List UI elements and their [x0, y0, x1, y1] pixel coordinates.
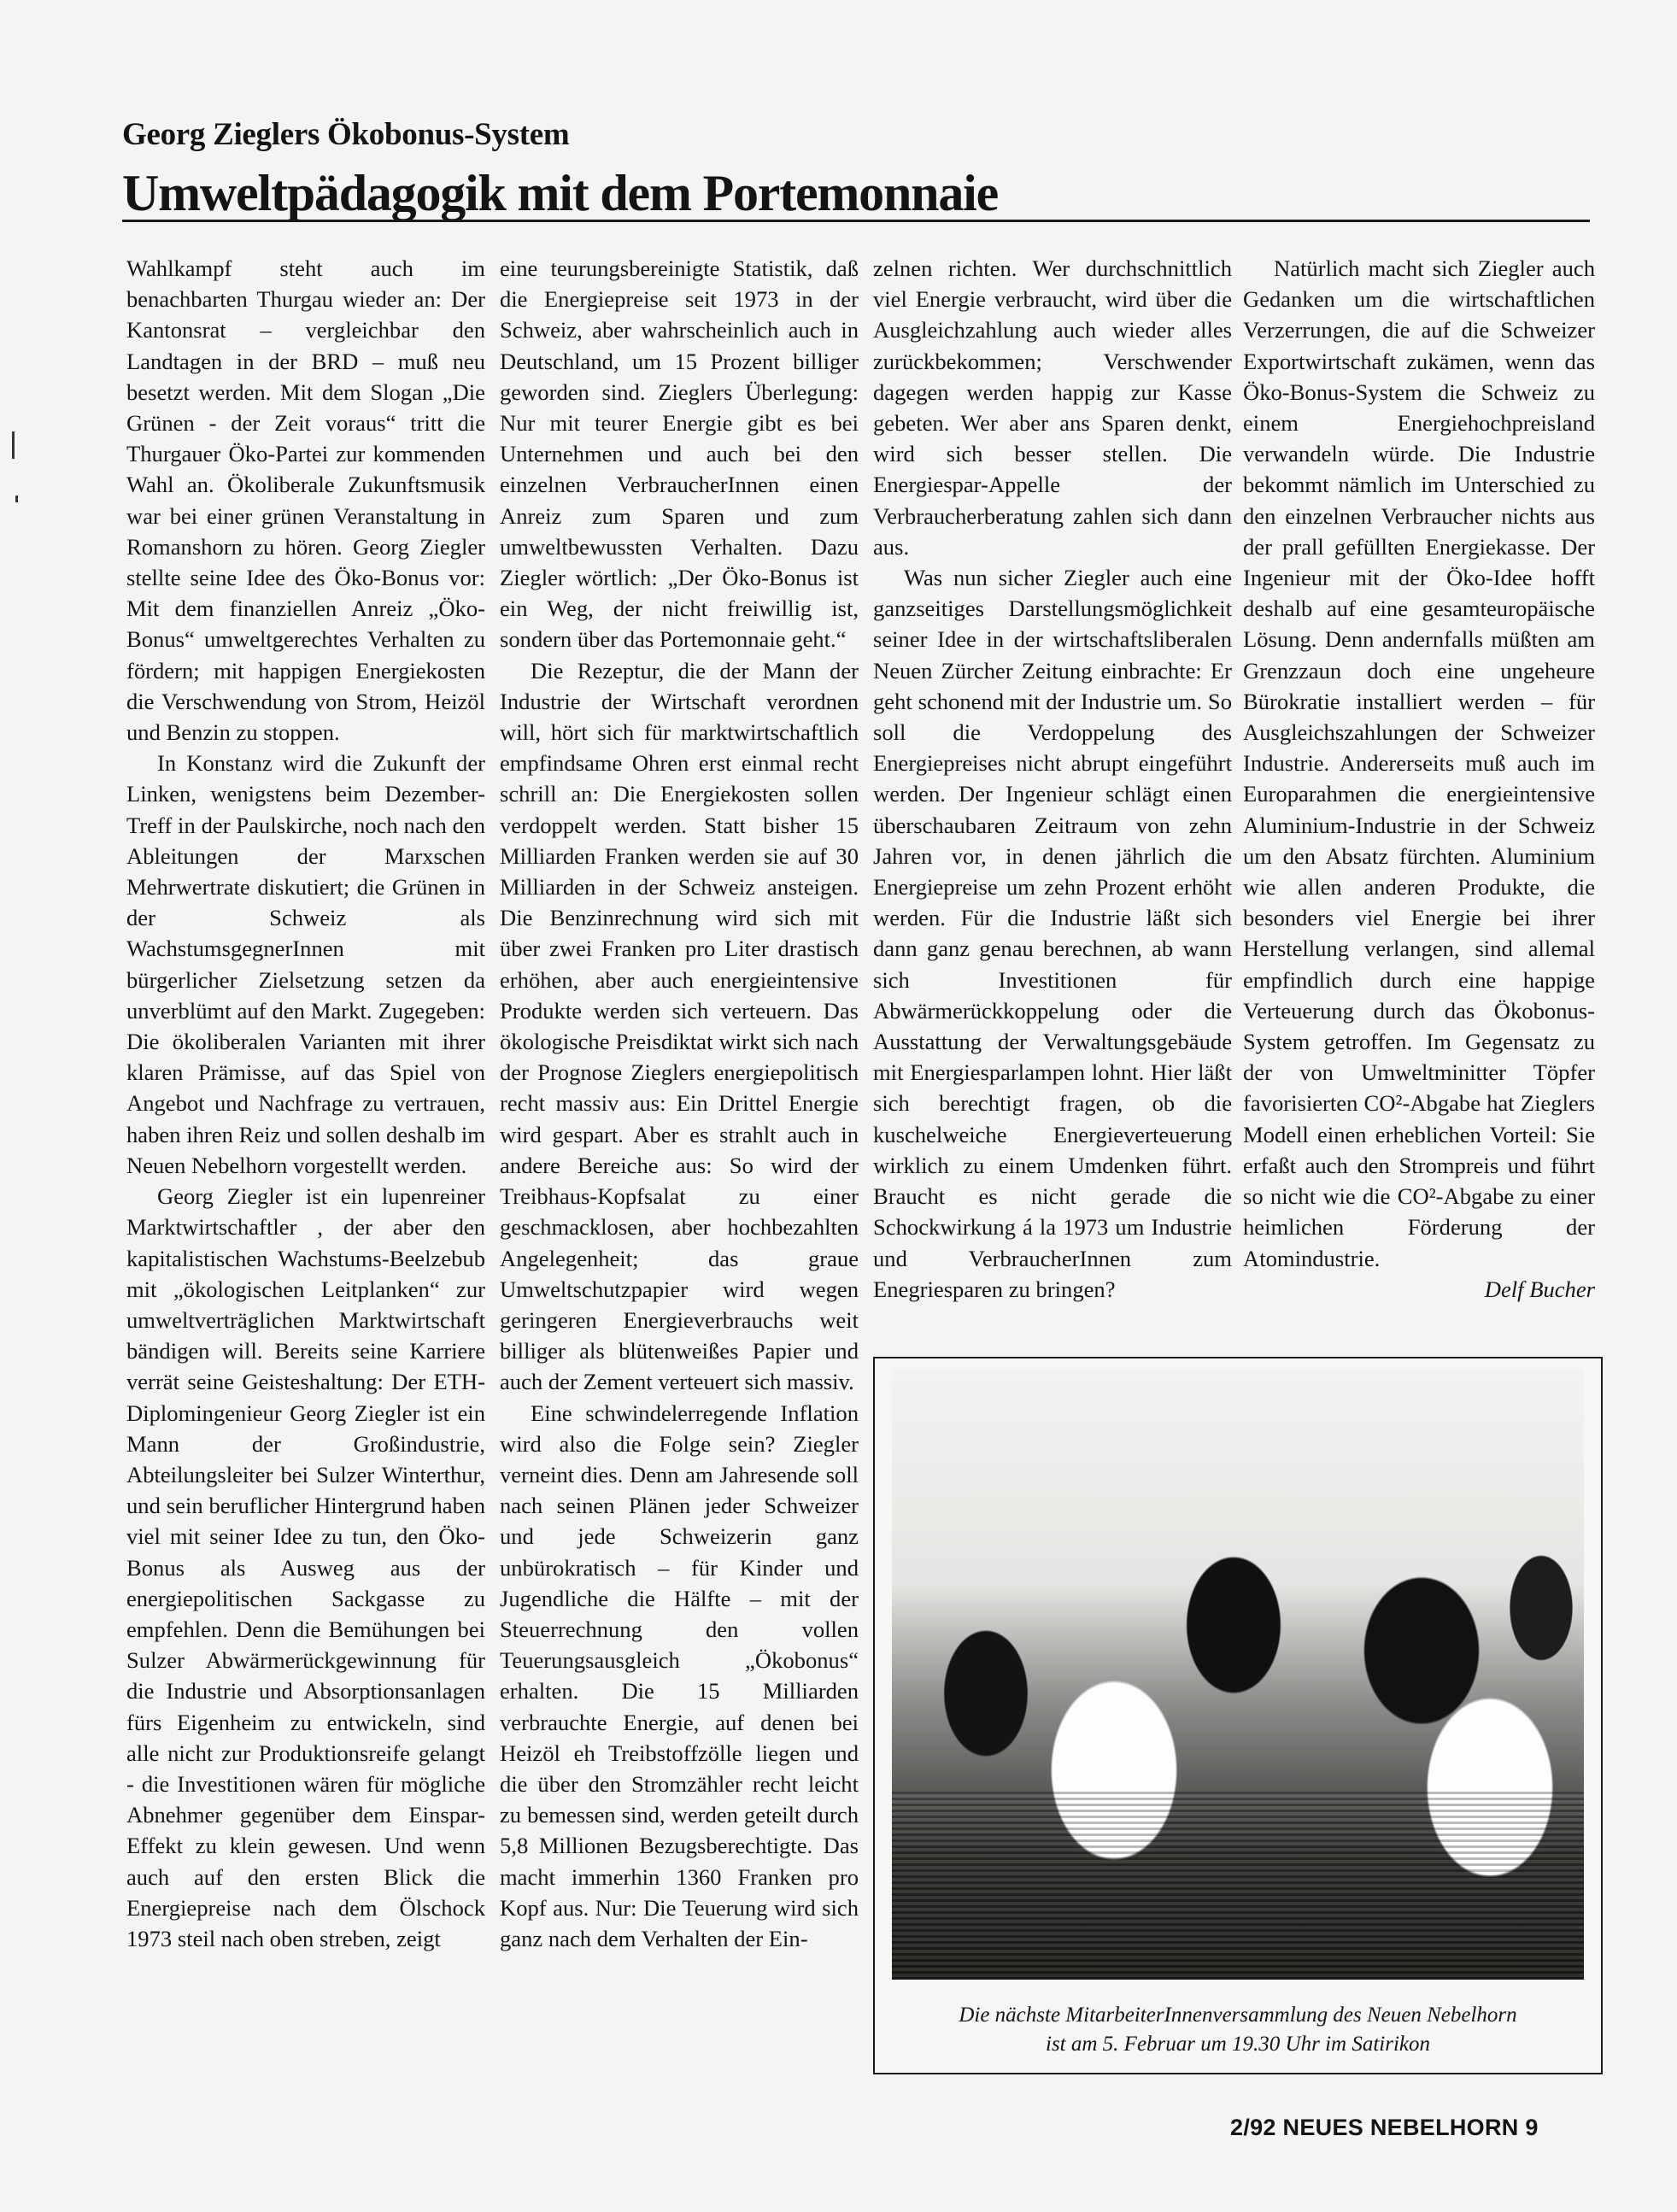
page-footer: 2/92 NEUES NEBELHORN 9	[1230, 2115, 1539, 2141]
paragraph: In Konstanz wird die Zukunft der Linken,…	[126, 748, 485, 1181]
paragraph: zelnen richten. Wer durchschnittlich vie…	[873, 253, 1232, 562]
caption-line-2: ist am 5. Februar um 19.30 Uhr im Satiri…	[875, 2030, 1601, 2059]
author-byline: Delf Bucher	[1243, 1274, 1595, 1305]
football-photo	[892, 1369, 1584, 1980]
article-column-2: eine teurungsbereinigte Statistik, daß d…	[500, 253, 859, 1954]
photo-box: Die nächste MitarbeiterInnenversammlung …	[873, 1357, 1603, 2074]
article-headline: Umweltpädagogik mit dem Portemonnaie	[122, 166, 998, 220]
scan-margin-mark	[12, 431, 15, 459]
paragraph: Wahlkampf steht auch im benachbarten Thu…	[126, 253, 485, 748]
paragraph: eine teurungsbereinigte Statistik, daß d…	[500, 253, 859, 655]
paragraph: Natürlich macht sich Ziegler auch Gedank…	[1243, 253, 1595, 1274]
headline-rule	[122, 220, 1590, 222]
caption-line-1: Die nächste MitarbeiterInnenversammlung …	[875, 2001, 1601, 2030]
article-column-1: Wahlkampf steht auch im benachbarten Thu…	[126, 253, 485, 1954]
paragraph: Georg Ziegler ist ein lupenreiner Marktw…	[126, 1181, 485, 1954]
paragraph: Was nun sicher Ziegler auch eine ganzsei…	[873, 562, 1232, 1305]
paragraph: Die Rezeptur, die der Mann der Industrie…	[500, 655, 859, 1398]
article-column-4: Natürlich macht sich Ziegler auch Gedank…	[1243, 253, 1595, 1305]
scan-margin-mark	[15, 496, 18, 502]
photo-caption: Die nächste MitarbeiterInnenversammlung …	[875, 2001, 1601, 2059]
article-column-3: zelnen richten. Wer durchschnittlich vie…	[873, 253, 1232, 1305]
article-kicker: Georg Zieglers Ökobonus-System	[122, 116, 569, 153]
paragraph: Eine schwindelerregende Inflation wird a…	[500, 1398, 859, 1955]
